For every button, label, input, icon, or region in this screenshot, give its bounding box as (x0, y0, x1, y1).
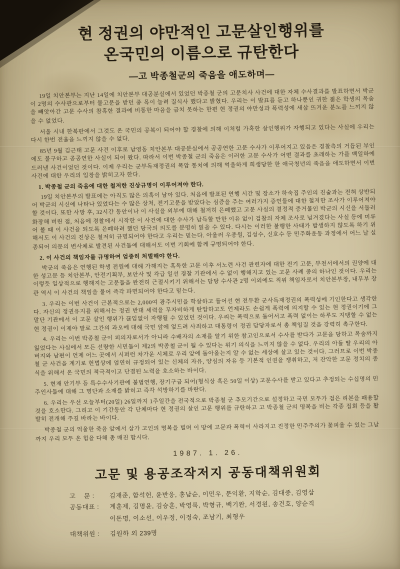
body-paragraph: 서울 시내 한복판에서 그것도 온 국민의 공복이 되어야 할 경찰에 의해 이… (31, 123, 375, 145)
roster-role: 대책위원 : (70, 529, 110, 541)
document-body: 19일 치안본부는 지난 14일에 치안본부 대공분실에서 있었던 박종철 군의… (30, 87, 379, 443)
roster-names: 김원하 외 239명 (110, 524, 381, 540)
body-paragraph: 박군의 죽음은 연행된 학생 전원에 대해 가해지는 혹독한 고문 이후 서노련… (33, 259, 377, 298)
body-paragraph: 3. 우리는 이번 사건이 근본적으로는 2,000여 광주시민을 학살하고 들… (33, 295, 377, 334)
document-title: 현 정권의 야만적인 고문살인행위를 온국민의 이름으로 규탄한다 (29, 21, 374, 68)
body-paragraph: 85년 9월 김근태 고문 사건 이후로 남영동 치안본부 대공분실에서 공공연… (31, 142, 375, 181)
body-paragraph: 5. 현재 안기부 등 특수수사기관에 불법연행, 장기구금 되어(형식상 혹은… (35, 375, 379, 397)
body-paragraph: 박종철 군의 억울한 죽음 앞에서 삼가 고인의 명복을 빌며 이 땅에 고문과… (35, 422, 379, 444)
signatories-roster: 고 문 :김재준, 함석헌, 윤반웅, 홍남순, 이민우, 문익환, 지학순, … (36, 487, 381, 542)
committee-name: 고문 및 용공조작저지 공동대책위원회 (36, 461, 380, 484)
document-subtitle: —고 박종철군의 죽음을 애도하며— (30, 65, 374, 83)
document-page: 현 정권의 야만적인 고문살인행위를 온국민의 이름으로 규탄한다 —고 박종철… (0, 0, 400, 569)
body-paragraph: 6. 우리는 우선 오늘부터(20일) 26일까지 1주일간을 전국적으로 박종… (35, 394, 379, 424)
body-paragraph: 4. 우리는 이번 박종철 군이 피의자로서가 아니라 수배자의 소재를 알기 … (34, 331, 379, 378)
body-paragraph: 19일 치안본부의 발표에는 아직도 많은 의혹이 남아 있다. 처음에 발표된… (32, 188, 377, 252)
document-content: 현 정권의 야만적인 고문살인행위를 온국민의 이름으로 규탄한다 —고 박종철… (29, 21, 381, 542)
roster-role: 공동대표 : (69, 502, 109, 514)
body-paragraph: 19일 치안본부는 지난 14일에 치안본부 대공분실에서 있었던 박종철 군의… (30, 87, 374, 126)
roster-role: 고 문 : (69, 491, 109, 503)
roster-role (70, 513, 110, 525)
roster-row: 대책위원 :김원하 외 239명 (70, 524, 381, 540)
date-line: 1987. 1. 26. (36, 446, 380, 460)
photo-of-document: 현 정권의 야만적인 고문살인행위를 온국민의 이름으로 규탄한다 —고 박종철… (0, 0, 400, 569)
